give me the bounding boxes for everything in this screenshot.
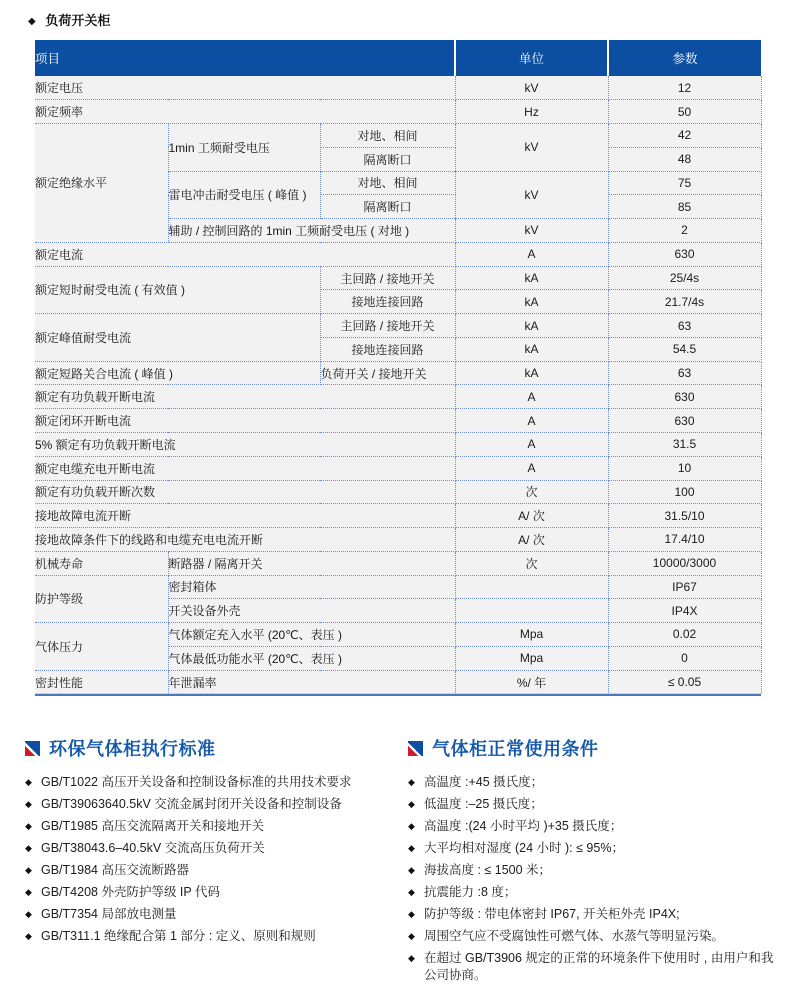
- table-row: 接地故障电流开断A/ 次31.5/10: [35, 504, 761, 528]
- list-item: ◆GB/T38043.6–40.5kV 交流高压负荷开关: [25, 840, 390, 857]
- list-item: ◆GB/T1985 高压交流隔离开关和接地开关: [25, 818, 390, 835]
- table-cell: A: [455, 432, 608, 456]
- table-cell: 主回路 / 接地开关: [320, 266, 455, 290]
- table-cell: 630: [608, 409, 761, 433]
- table-cell: 对地、相间: [320, 124, 455, 148]
- table-cell: 31.5: [608, 432, 761, 456]
- diamond-bullet-icon: ◆: [25, 840, 41, 857]
- table-cell: 31.5/10: [608, 504, 761, 528]
- table-row: 额定电流A630: [35, 242, 761, 266]
- table-cell: 21.7/4s: [608, 290, 761, 314]
- table-cell: 防护等级: [35, 575, 168, 623]
- list-item: ◆GB/T311.1 绝缘配合第 1 部分 : 定义、原则和规则: [25, 928, 390, 945]
- page: ◆ 负荷开关柜 项目 单位 参数 额定电压kV12额定频率Hz50额定绝缘水平1…: [0, 0, 800, 1003]
- list-item: ◆大平均相对湿度 (24 小时 ): ≤ 95%；: [408, 840, 780, 857]
- list-item-text: 周围空气应不受腐蚀性可燃气体、水蒸气等明显污染。: [424, 928, 780, 945]
- list-item: ◆GB/T1022 高压开关设备和控制设备标准的共用技术要求: [25, 774, 390, 791]
- table-cell: [455, 599, 608, 623]
- diamond-bullet-icon: ◆: [408, 774, 424, 791]
- table-cell: 630: [608, 242, 761, 266]
- table-cell: 额定短时耐受电流 ( 有效值 ): [35, 266, 320, 314]
- diamond-bullet-icon: ◆: [408, 950, 424, 967]
- list-item: ◆高温度 :(24 小时平均 )+35 摄氏度；: [408, 818, 780, 835]
- list-item-text: 防护等级 : 带电体密封 IP67, 开关柜外壳 IP4X;: [424, 906, 780, 923]
- table-cell: 额定绝缘水平: [35, 124, 168, 243]
- table-cell: 密封性能: [35, 670, 168, 694]
- table-cell: kA: [455, 361, 608, 385]
- conditions-list: ◆高温度 :+45 摄氏度；◆低温度 :–25 摄氏度；◆高温度 :(24 小时…: [408, 774, 780, 984]
- list-item-text: 抗震能力 :8 度；: [424, 884, 780, 901]
- section-conditions: 气体柜正常使用条件 ◆高温度 :+45 摄氏度；◆低温度 :–25 摄氏度；◆高…: [408, 735, 780, 989]
- list-item-text: GB/T4208 外壳防护等级 IP 代码: [41, 884, 390, 901]
- table-row: 额定闭环开断电流A630: [35, 409, 761, 433]
- page-title: ◆ 负荷开关柜: [28, 10, 110, 29]
- list-item: ◆GB/T1984 高压交流断路器: [25, 862, 390, 879]
- table-cell: 气体压力: [35, 623, 168, 671]
- table-cell: Mpa: [455, 646, 608, 670]
- table-row: 额定频率Hz50: [35, 100, 761, 124]
- list-item: ◆海拔高度 : ≤ 1500 米；: [408, 862, 780, 879]
- table-cell: 100: [608, 480, 761, 504]
- table-cell: 0.02: [608, 623, 761, 647]
- table-header-row: 项目 单位 参数: [35, 40, 761, 76]
- list-item: ◆防护等级 : 带电体密封 IP67, 开关柜外壳 IP4X;: [408, 906, 780, 923]
- table-cell: A/ 次: [455, 528, 608, 552]
- section-standards: 环保气体柜执行标准 ◆GB/T1022 高压开关设备和控制设备标准的共用技术要求…: [25, 735, 390, 950]
- table-cell: 断路器 / 隔离开关: [168, 551, 455, 575]
- table-cell: 1min 工频耐受电压: [168, 124, 320, 172]
- list-item: ◆抗震能力 :8 度；: [408, 884, 780, 901]
- table-row: 密封性能年泄漏率%/ 年≤ 0.05: [35, 670, 761, 694]
- table-row: 额定电压kV12: [35, 76, 761, 100]
- table-cell: 主回路 / 接地开关: [320, 314, 455, 338]
- standards-list: ◆GB/T1022 高压开关设备和控制设备标准的共用技术要求◆GB/T39063…: [25, 774, 390, 945]
- table-cell: 额定有功负载开断电流: [35, 385, 455, 409]
- spec-table: 项目 单位 参数 额定电压kV12额定频率Hz50额定绝缘水平1min 工频耐受…: [35, 40, 762, 694]
- table-row: 气体压力气体额定充入水平 (20℃、表压 )Mpa0.02: [35, 623, 761, 647]
- table-cell: 密封箱体: [168, 575, 455, 599]
- table-cell: 54.5: [608, 337, 761, 361]
- table-cell: 630: [608, 385, 761, 409]
- table-cell: 0: [608, 646, 761, 670]
- table-row: 额定绝缘水平1min 工频耐受电压对地、相间kV42: [35, 124, 761, 148]
- list-item-text: 低温度 :–25 摄氏度；: [424, 796, 780, 813]
- table-cell: 接地故障条件下的线路和电缆充电电流开断: [35, 528, 455, 552]
- table-row: 额定有功负载开断电流A630: [35, 385, 761, 409]
- table-cell: 额定电流: [35, 242, 455, 266]
- table-cell: 机械寿命: [35, 551, 168, 575]
- table-cell: 负荷开关 / 接地开关: [320, 361, 455, 385]
- diamond-bullet-icon: ◆: [408, 884, 424, 901]
- table-cell: 接地连接回路: [320, 337, 455, 361]
- table-cell: A: [455, 456, 608, 480]
- section-header: 气体柜正常使用条件: [408, 735, 780, 761]
- section-title: 环保气体柜执行标准: [49, 735, 216, 761]
- table-row: 防护等级密封箱体IP67: [35, 575, 761, 599]
- column-header-item: 项目: [35, 40, 455, 76]
- section-header: 环保气体柜执行标准: [25, 735, 390, 761]
- table-cell: 接地故障电流开断: [35, 504, 455, 528]
- table-cell: Mpa: [455, 623, 608, 647]
- diamond-bullet-icon: ◆: [408, 906, 424, 923]
- table-cell: A: [455, 385, 608, 409]
- table-cell: 对地、相间: [320, 171, 455, 195]
- table-cell: 75: [608, 171, 761, 195]
- diamond-bullet-icon: ◆: [25, 928, 41, 945]
- table-cell: 气体额定充入水平 (20℃、表压 ): [168, 623, 455, 647]
- list-item: ◆高温度 :+45 摄氏度；: [408, 774, 780, 791]
- table-cell: kV: [455, 219, 608, 243]
- table-cell: 额定有功负载开断次数: [35, 480, 455, 504]
- list-item-text: GB/T39063640.5kV 交流金属封闭开关设备和控制设备: [41, 796, 390, 813]
- table-cell: kV: [455, 76, 608, 100]
- table-cell: ≤ 0.05: [608, 670, 761, 694]
- table-cell: 10000/3000: [608, 551, 761, 575]
- diamond-bullet-icon: ◆: [25, 884, 41, 901]
- diamond-bullet-icon: ◆: [28, 16, 36, 27]
- table-cell: 雷电冲击耐受电压 ( 峰值 ): [168, 171, 320, 219]
- table-row: 额定有功负载开断次数次100: [35, 480, 761, 504]
- list-item-text: GB/T7354 局部放电测量: [41, 906, 390, 923]
- table-cell: 25/4s: [608, 266, 761, 290]
- table-cell: 额定电缆充电开断电流: [35, 456, 455, 480]
- table-cell: 2: [608, 219, 761, 243]
- list-item-text: GB/T1985 高压交流隔离开关和接地开关: [41, 818, 390, 835]
- diamond-bullet-icon: ◆: [25, 818, 41, 835]
- table-cell: 开关设备外壳: [168, 599, 455, 623]
- table-cell: 17.4/10: [608, 528, 761, 552]
- table-cell: IP67: [608, 575, 761, 599]
- table-cell: 辅助 / 控制回路的 1min 工频耐受电压 ( 对地 ): [168, 219, 455, 243]
- table-cell: 隔离断口: [320, 195, 455, 219]
- table-cell: 12: [608, 76, 761, 100]
- section-flag-icon: [25, 741, 40, 756]
- table-cell: 接地连接回路: [320, 290, 455, 314]
- spec-table-body: 额定电压kV12额定频率Hz50额定绝缘水平1min 工频耐受电压对地、相间kV…: [35, 76, 761, 694]
- diamond-bullet-icon: ◆: [408, 862, 424, 879]
- table-row: 额定峰值耐受电流主回路 / 接地开关kA63: [35, 314, 761, 338]
- table-cell: kA: [455, 337, 608, 361]
- table-row: 额定电缆充电开断电流A10: [35, 456, 761, 480]
- table-cell: kA: [455, 314, 608, 338]
- spec-table-wrapper: 项目 单位 参数 额定电压kV12额定频率Hz50额定绝缘水平1min 工频耐受…: [35, 40, 761, 696]
- table-cell: 额定峰值耐受电流: [35, 314, 320, 362]
- list-item: ◆低温度 :–25 摄氏度；: [408, 796, 780, 813]
- table-row: 接地故障条件下的线路和电缆充电电流开断A/ 次17.4/10: [35, 528, 761, 552]
- table-cell: 42: [608, 124, 761, 148]
- table-row: 额定短路关合电流 ( 峰值 )负荷开关 / 接地开关kA63: [35, 361, 761, 385]
- diamond-bullet-icon: ◆: [25, 796, 41, 813]
- table-cell: 气体最低功能水平 (20℃、表压 ): [168, 646, 455, 670]
- table-cell: 额定闭环开断电流: [35, 409, 455, 433]
- table-cell: kV: [455, 171, 608, 219]
- list-item-text: 在超过 GB/T3906 规定的正常的环境条件下使用时 , 由用户和我公司协商。: [424, 950, 780, 984]
- table-row: 额定短时耐受电流 ( 有效值 )主回路 / 接地开关kA25/4s: [35, 266, 761, 290]
- diamond-bullet-icon: ◆: [408, 840, 424, 857]
- table-cell: IP4X: [608, 599, 761, 623]
- table-cell: 48: [608, 147, 761, 171]
- table-cell: kA: [455, 290, 608, 314]
- list-item-text: GB/T38043.6–40.5kV 交流高压负荷开关: [41, 840, 390, 857]
- table-cell: 次: [455, 480, 608, 504]
- diamond-bullet-icon: ◆: [25, 862, 41, 879]
- table-cell: 隔离断口: [320, 147, 455, 171]
- list-item-text: 高温度 :(24 小时平均 )+35 摄氏度；: [424, 818, 780, 835]
- list-item: ◆在超过 GB/T3906 规定的正常的环境条件下使用时 , 由用户和我公司协商…: [408, 950, 780, 984]
- table-cell: 额定短路关合电流 ( 峰值 ): [35, 361, 320, 385]
- diamond-bullet-icon: ◆: [408, 928, 424, 945]
- list-item-text: GB/T1984 高压交流断路器: [41, 862, 390, 879]
- column-header-unit: 单位: [455, 40, 608, 76]
- table-cell: A/ 次: [455, 504, 608, 528]
- diamond-bullet-icon: ◆: [408, 796, 424, 813]
- table-cell: 63: [608, 361, 761, 385]
- table-cell: 额定电压: [35, 76, 455, 100]
- table-cell: kA: [455, 266, 608, 290]
- table-cell: 5% 额定有功负载开断电流: [35, 432, 455, 456]
- table-cell: 年泄漏率: [168, 670, 455, 694]
- page-title-text: 负荷开关柜: [45, 13, 110, 28]
- table-cell: kV: [455, 124, 608, 172]
- table-cell: %/ 年: [455, 670, 608, 694]
- list-item: ◆GB/T7354 局部放电测量: [25, 906, 390, 923]
- list-item-text: 高温度 :+45 摄氏度；: [424, 774, 780, 791]
- column-header-param: 参数: [608, 40, 761, 76]
- list-item-text: 海拔高度 : ≤ 1500 米；: [424, 862, 780, 879]
- table-row: 机械寿命断路器 / 隔离开关次10000/3000: [35, 551, 761, 575]
- diamond-bullet-icon: ◆: [25, 906, 41, 923]
- list-item: ◆周围空气应不受腐蚀性可燃气体、水蒸气等明显污染。: [408, 928, 780, 945]
- table-cell: A: [455, 409, 608, 433]
- list-item-text: GB/T1022 高压开关设备和控制设备标准的共用技术要求: [41, 774, 390, 791]
- list-item-text: 大平均相对湿度 (24 小时 ): ≤ 95%；: [424, 840, 780, 857]
- list-item: ◆GB/T4208 外壳防护等级 IP 代码: [25, 884, 390, 901]
- table-cell: 50: [608, 100, 761, 124]
- table-cell: 10: [608, 456, 761, 480]
- table-row: 5% 额定有功负载开断电流A31.5: [35, 432, 761, 456]
- table-cell: A: [455, 242, 608, 266]
- table-cell: 额定频率: [35, 100, 455, 124]
- list-item: ◆GB/T39063640.5kV 交流金属封闭开关设备和控制设备: [25, 796, 390, 813]
- table-cell: 次: [455, 551, 608, 575]
- diamond-bullet-icon: ◆: [25, 774, 41, 791]
- section-flag-icon: [408, 741, 423, 756]
- spec-table-head: 项目 单位 参数: [35, 40, 761, 76]
- table-cell: Hz: [455, 100, 608, 124]
- list-item-text: GB/T311.1 绝缘配合第 1 部分 : 定义、原则和规则: [41, 928, 390, 945]
- table-cell: 63: [608, 314, 761, 338]
- table-cell: [455, 575, 608, 599]
- table-cell: 85: [608, 195, 761, 219]
- diamond-bullet-icon: ◆: [408, 818, 424, 835]
- section-title: 气体柜正常使用条件: [432, 735, 599, 761]
